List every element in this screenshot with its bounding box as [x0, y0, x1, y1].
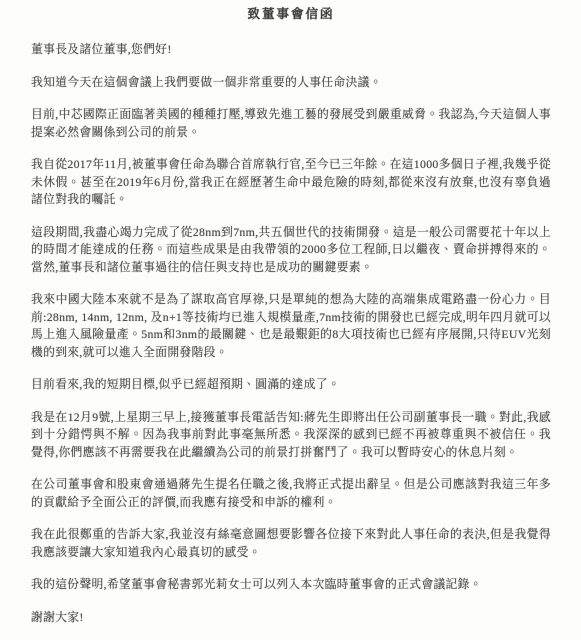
paragraph-tenure: 我自從2017年11月,被董事會任命為聯合首席執行官,至今已三年餘。在這1000… — [31, 156, 551, 209]
paragraph-resignation: 在公司董事會和股東會通過蔣先生提名任職之後,我將正式提出辭呈。但是公司應該對我這… — [31, 476, 551, 511]
paragraph-record-request: 我的這份聲明,希望董事會秘書郭光莉女士可以列入本次臨時董事會的正式會議記錄。 — [31, 576, 551, 594]
paragraph-goals-met: 目前看來,我的短期目標,似乎已經超預期、圓滿的達成了。 — [31, 376, 551, 394]
paragraph-greeting: 董事長及諸位董事,您們好! — [31, 41, 551, 59]
paragraph-achievements: 這段期間,我盡心竭力完成了從28nm到7nm,共五個世代的技術開發。這是一般公司… — [31, 224, 551, 277]
document-title: 致董事會信函 — [31, 6, 551, 22]
paragraph-context: 目前,中芯國際正面臨著美國的種種打壓,導致先進工藝的發展受到嚴重威脅。我認為,今… — [31, 106, 551, 141]
paragraph-no-influence: 我在此很鄭重的告訴大家,我並沒有絲毫意圖想要影響各位接下來對此人事任命的表決,但… — [31, 526, 551, 561]
letter-page: 致董事會信函 董事長及諸位董事,您們好! 我知道今天在這個會議上我們要做一個非常… — [0, 0, 581, 640]
paragraph-intro: 我知道今天在這個會議上我們要做一個非常重要的人事任命決議。 — [31, 74, 551, 92]
paragraph-technology-progress: 我來中國大陸本來就不是為了謀取高官厚祿,只是單純的想為大陸的高端集成電路盡一份心… — [31, 291, 551, 361]
paragraph-closing: 謝謝大家! — [31, 609, 551, 627]
paragraph-phone-call: 我是在12月9號,上星期三早上,接獲董事長電話告知:蔣先生即將出任公司副董事長一… — [31, 409, 551, 462]
letter-body: 董事長及諸位董事,您們好! 我知道今天在這個會議上我們要做一個非常重要的人事任命… — [31, 41, 551, 626]
